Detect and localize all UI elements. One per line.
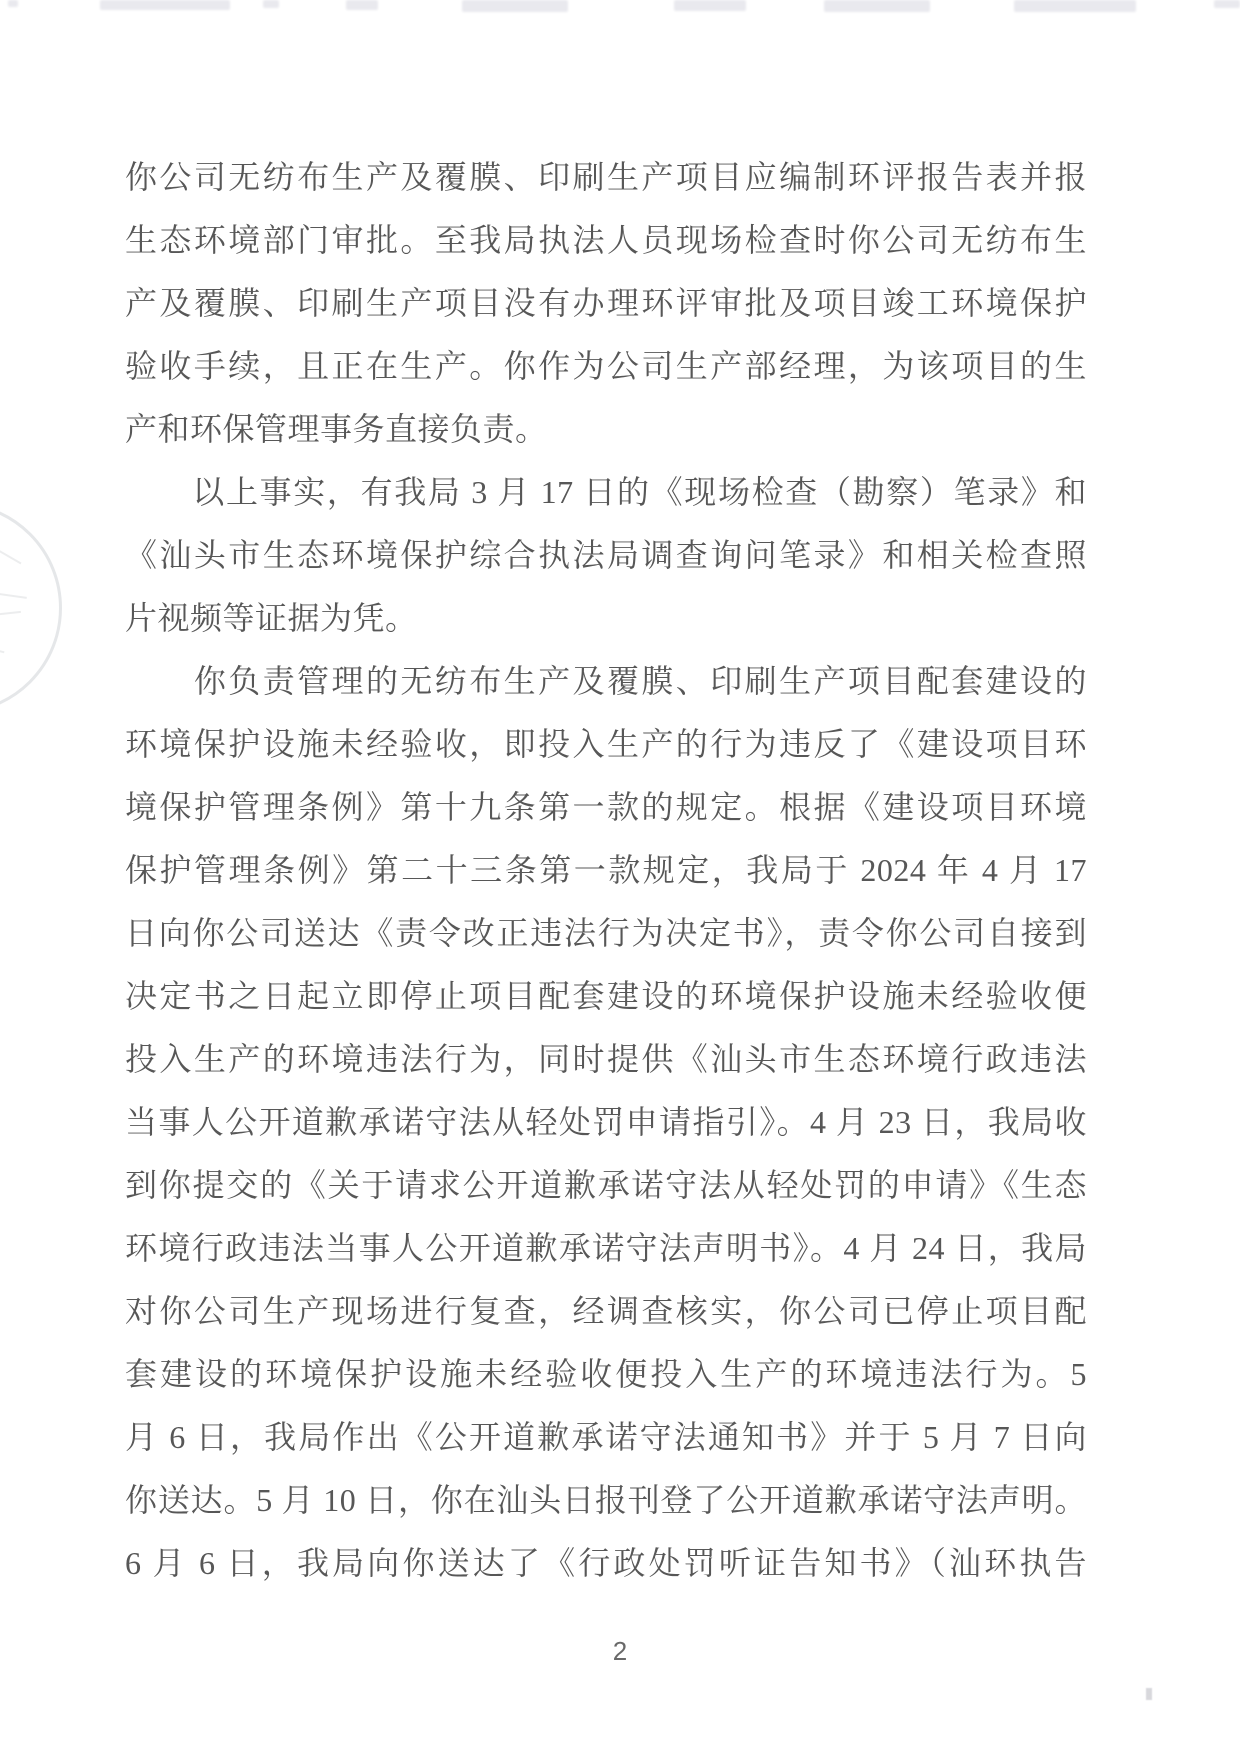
body-text: 你公司无纺布生产及覆膜、印刷生产项目应编制环评报告表并报 生态环境部门审批。至我… (125, 146, 1087, 1595)
text-line: 投入生产的环境违法行为，同时提供《汕头市生态环境行政违法 (125, 1028, 1087, 1091)
text-line: 6 月 6 日，我局向你送达了《行政处罚听证告知书》（汕环执告 (125, 1532, 1087, 1595)
scan-artifact (462, 0, 568, 12)
text-line: 《汕头市生态环境保护综合执法局调查询问笔录》和相关检查照 (125, 524, 1087, 587)
text-line: 决定书之日起立即停止项目配套建设的环境保护设施未经验收便 (125, 965, 1087, 1028)
text-line: 产及覆膜、印刷生产项目没有办理环评审批及项目竣工环境保护 (125, 272, 1087, 335)
scan-artifact (674, 0, 746, 11)
text-line: 你公司无纺布生产及覆膜、印刷生产项目应编制环评报告表并报 (125, 146, 1087, 209)
paragraph: 以上事实，有我局 3 月 17 日的《现场检查（勘察）笔录》和 《汕头市生态环境… (125, 461, 1087, 650)
page-number: 2 (0, 1636, 1240, 1667)
text-line: 环境行政违法当事人公开道歉承诺守法声明书》。4 月 24 日，我局 (125, 1217, 1087, 1280)
text-line: 套建设的环境保护设施未经验收便投入生产的环境违法行为。5 (125, 1343, 1087, 1406)
scan-artifact (263, 0, 279, 8)
text-line: 你负责管理的无纺布生产及覆膜、印刷生产项目配套建设的 (125, 650, 1087, 713)
scan-artifact (1014, 0, 1136, 12)
text-line: 对你公司生产现场进行复查，经调查核实，你公司已停止项目配 (125, 1280, 1087, 1343)
text-line: 片视频等证据为凭。 (125, 587, 1087, 650)
text-line: 产和环保管理事务直接负责。 (125, 398, 1087, 461)
scan-artifact (8, 0, 18, 7)
scan-artifact (824, 0, 930, 12)
text-line: 日向你公司送达《责令改正违法行为决定书》，责令你公司自接到 (125, 902, 1087, 965)
official-seal-stamp (0, 502, 62, 714)
scan-artifact (346, 0, 378, 10)
scan-artifact (1214, 0, 1240, 8)
scan-artifact (1146, 1688, 1152, 1700)
text-line: 验收手续，且正在生产。你作为公司生产部经理，为该项目的生 (125, 335, 1087, 398)
scan-artifact (100, 0, 230, 10)
text-line: 你送达。5 月 10 日，你在汕头日报刊登了公开道歉承诺守法声明。 (125, 1469, 1087, 1532)
text-line: 当事人公开道歉承诺守法从轻处罚申请指引》。4 月 23 日，我局收 (125, 1091, 1087, 1154)
text-line: 保护管理条例》第二十三条第一款规定，我局于 2024 年 4 月 17 (125, 839, 1087, 902)
text-line: 境保护管理条例》第十九条第一款的规定。根据《建设项目环境 (125, 776, 1087, 839)
text-line: 月 6 日，我局作出《公开道歉承诺守法通知书》并于 5 月 7 日向 (125, 1406, 1087, 1469)
text-line: 以上事实，有我局 3 月 17 日的《现场检查（勘察）笔录》和 (125, 461, 1087, 524)
text-line: 到你提交的《关于请求公开道歉承诺守法从轻处罚的申请》《生态 (125, 1154, 1087, 1217)
text-line: 环境保护设施未经验收，即投入生产的行为违反了《建设项目环 (125, 713, 1087, 776)
paragraph: 你负责管理的无纺布生产及覆膜、印刷生产项目配套建设的 环境保护设施未经验收，即投… (125, 650, 1087, 1595)
document-page: 你公司无纺布生产及覆膜、印刷生产项目应编制环评报告表并报 生态环境部门审批。至我… (0, 0, 1240, 1754)
paragraph: 你公司无纺布生产及覆膜、印刷生产项目应编制环评报告表并报 生态环境部门审批。至我… (125, 146, 1087, 461)
text-line: 生态环境部门审批。至我局执法人员现场检查时你公司无纺布生 (125, 209, 1087, 272)
